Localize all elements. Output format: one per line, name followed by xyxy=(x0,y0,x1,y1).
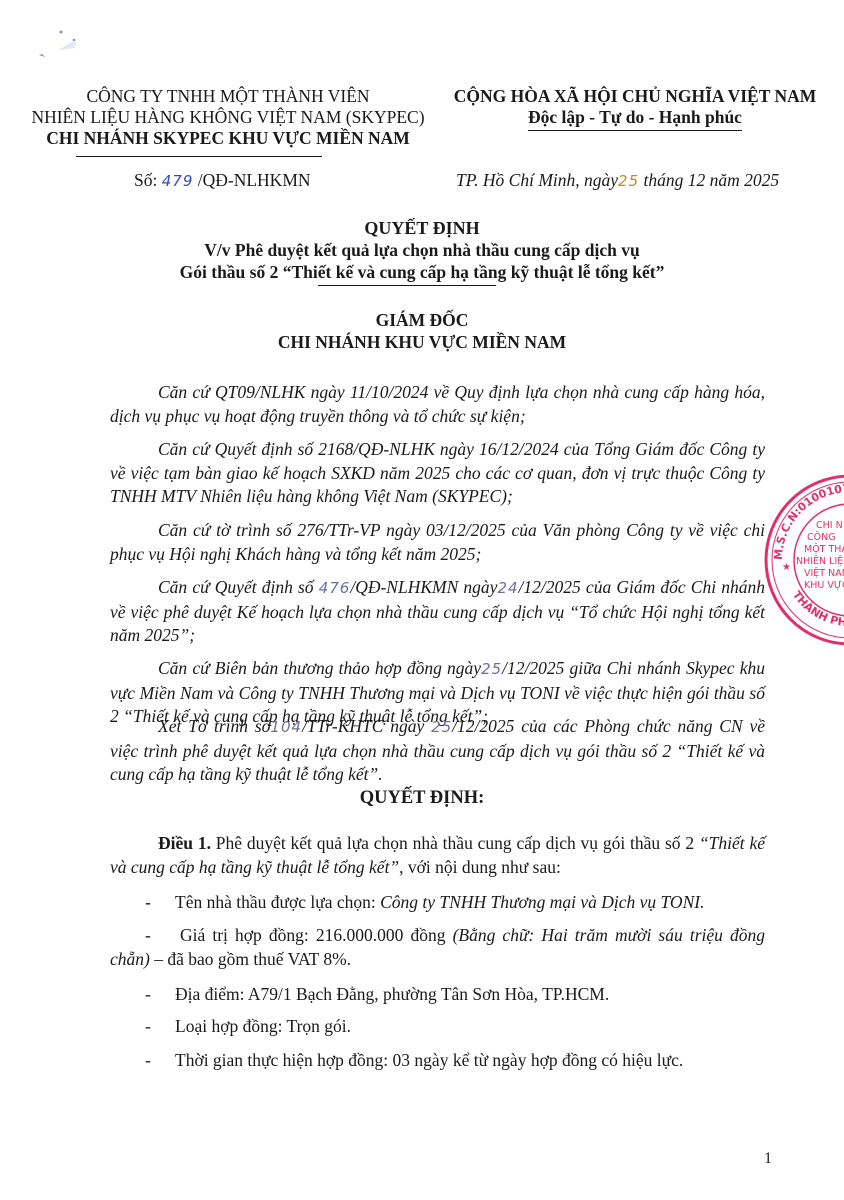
preamble-paragraph: Xét Tờ trình số104/TTr-KHTC ngày 25/12/2… xyxy=(110,715,765,787)
org-parent-line2: NHIÊN LIỆU HÀNG KHÔNG VIỆT NAM (SKYPEC) xyxy=(18,107,438,128)
place-and-date: TP. Hồ Chí Minh, ngày25 tháng 12 năm 202… xyxy=(456,170,779,191)
svg-text:THÀNH PHỐ: THÀNH PHỐ xyxy=(790,589,844,629)
national-motto-header: CỘNG HÒA XÃ HỘI CHỦ NGHĨA VIỆT NAM Độc l… xyxy=(430,86,840,131)
document-type-heading: QUYẾT ĐỊNH xyxy=(0,217,844,239)
issuer-title: GIÁM ĐỐC xyxy=(0,309,844,331)
document-number: Số: 479 /QĐ-NLHKMN xyxy=(134,170,311,191)
svg-text:NHIÊN LIỆU I: NHIÊN LIỆU I xyxy=(796,555,844,567)
preamble-paragraph: Căn cứ QT09/NLHK ngày 11/10/2024 về Quy … xyxy=(110,381,765,428)
document-title-block: QUYẾT ĐỊNH V/v Phê duyệt kết quả lựa chọ… xyxy=(0,217,844,283)
svg-text:VIỆT NAM: VIỆT NAM xyxy=(804,567,844,579)
subject-line-1: V/v Phê duyệt kết quả lựa chọn nhà thầu … xyxy=(0,239,844,261)
svg-text:MỘT THÀ: MỘT THÀ xyxy=(804,543,844,555)
decision-heading: QUYẾT ĐỊNH: xyxy=(0,788,844,809)
scan-artifact-mark xyxy=(30,20,90,60)
issuer-unit: CHI NHÁNH KHU VỰC MIỀN NAM xyxy=(0,331,844,353)
article-item: -Loại hợp đồng: Trọn gói. xyxy=(150,1015,765,1039)
svg-text:★: ★ xyxy=(782,562,791,573)
article-item: -Tên nhà thầu được lựa chọn: Công ty TNH… xyxy=(150,891,765,915)
preamble-paragraph: Căn cứ Quyết định số 476/QĐ-NLHKMN ngày2… xyxy=(110,576,765,648)
article-label: Điều 1. xyxy=(158,833,211,853)
handwritten-day: 25 xyxy=(431,718,452,736)
article-item: Giá trị hợp đồng: 216.000.000 đồng (Bằng… xyxy=(110,924,765,971)
article-1: Điều 1. Phê duyệt kết quả lựa chọn nhà t… xyxy=(110,832,765,879)
svg-text:CHI N: CHI N xyxy=(816,520,843,531)
article-item: -Thời gian thực hiện hợp đồng: 03 ngày k… xyxy=(150,1049,765,1073)
issuing-organization-header: CÔNG TY TNHH MỘT THÀNH VIÊN NHIÊN LIỆU H… xyxy=(18,86,438,149)
svg-text:KHU VỰC: KHU VỰC xyxy=(804,580,844,591)
svg-text:CÔNG: CÔNG xyxy=(807,531,836,543)
preamble-paragraph: Căn cứ Quyết định số 2168/QĐ-NLHK ngày 1… xyxy=(110,438,765,509)
page-number: 1 xyxy=(764,1150,772,1168)
article-item: -Địa điểm: A79/1 Bạch Đằng, phường Tân S… xyxy=(150,983,765,1007)
preamble-paragraph: Căn cứ tờ trình số 276/TTr-VP ngày 03/12… xyxy=(110,519,765,566)
handwritten-number: 104 xyxy=(270,718,302,736)
handwritten-day: 25 xyxy=(618,172,639,190)
subject-line-2: Gói thầu số 2 “Thiết kế và cung cấp hạ t… xyxy=(0,261,844,283)
national-name: CỘNG HÒA XÃ HỘI CHỦ NGHĨA VIỆT NAM xyxy=(430,86,840,107)
org-parent-line1: CÔNG TY TNHH MỘT THÀNH VIÊN xyxy=(18,86,438,107)
handwritten-number: 476 xyxy=(319,579,351,597)
handwritten-number: 479 xyxy=(162,172,194,190)
issuer-block: GIÁM ĐỐC CHI NHÁNH KHU VỰC MIỀN NAM xyxy=(0,309,844,353)
handwritten-day: 24 xyxy=(497,579,518,597)
handwritten-day: 25 xyxy=(481,660,502,678)
org-branch-name: CHI NHÁNH SKYPEC KHU VỰC MIỀN NAM xyxy=(18,128,438,149)
company-seal-stamp: M.S.C.N:0100107614 THÀNH PHỐ ★ CHI N CÔN… xyxy=(760,470,844,650)
national-motto: Độc lập - Tự do - Hạnh phúc xyxy=(430,107,840,131)
